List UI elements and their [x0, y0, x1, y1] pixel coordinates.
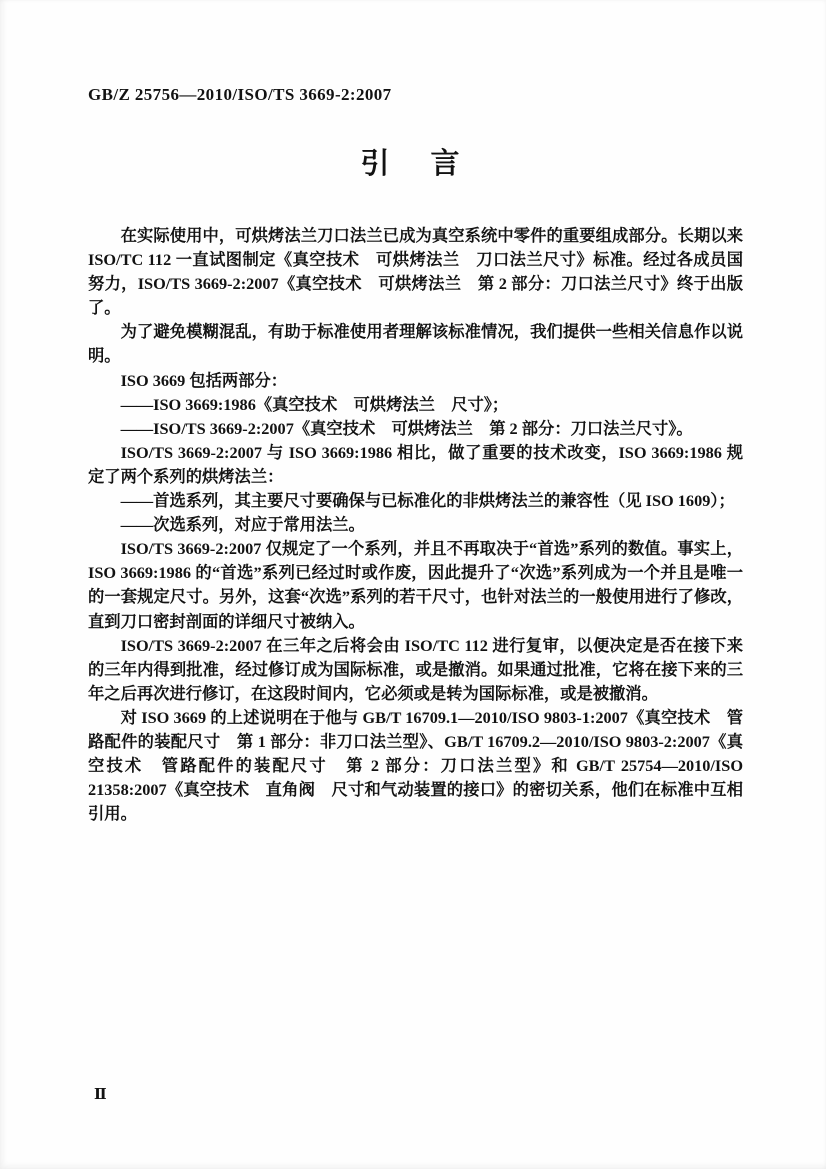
page-number: Ⅱ [94, 1085, 107, 1104]
paragraph-comparison: ISO/TS 3669-2:2007 与 ISO 3669:1986 相比，做了… [88, 441, 743, 489]
paragraph-intro-usage: 在实际使用中，可烘烤法兰刀口法兰已成为真空系统中零件的重要组成部分。长期以来 I… [88, 224, 743, 320]
paragraph-review-cycle: ISO/TS 3669-2:2007 在三年之后将会由 ISO/TC 112 进… [88, 634, 743, 706]
paragraph-purpose: 为了避免模糊混乱，有助于标准使用者理解该标准情况，我们提供一些相关信息作以说明。 [88, 320, 743, 368]
list-item-iso3669-1986: ——ISO 3669:1986《真空技术 可烘烤法兰 尺寸》； [88, 393, 743, 417]
standard-code-header: GB/Z 25756—2010/ISO/TS 3669-2:2007 [88, 85, 392, 105]
list-item-secondary-series: ——次选系列，对应于常用法兰。 [88, 513, 743, 537]
paragraph-single-series: ISO/TS 3669-2:2007 仅规定了一个系列，并且不再取决于“首选”系… [88, 537, 743, 633]
page-title: 引 言 [0, 141, 826, 182]
document-body: 在实际使用中，可烘烤法兰刀口法兰已成为真空系统中零件的重要组成部分。长期以来 I… [88, 224, 743, 826]
paragraph-iso3669-parts: ISO 3669 包括两部分： [88, 369, 743, 393]
list-item-preferred-series: ——首选系列，其主要尺寸要确保与已标准化的非烘烤法兰的兼容性（见 ISO 160… [88, 489, 743, 513]
list-item-isots3669-2: ——ISO/TS 3669-2:2007《真空技术 可烘烤法兰 第 2 部分：刀… [88, 417, 743, 441]
paragraph-related-standards: 对 ISO 3669 的上述说明在于他与 GB/T 16709.1—2010/I… [88, 706, 743, 826]
document-page: GB/Z 25756—2010/ISO/TS 3669-2:2007 引 言 在… [0, 0, 826, 1169]
